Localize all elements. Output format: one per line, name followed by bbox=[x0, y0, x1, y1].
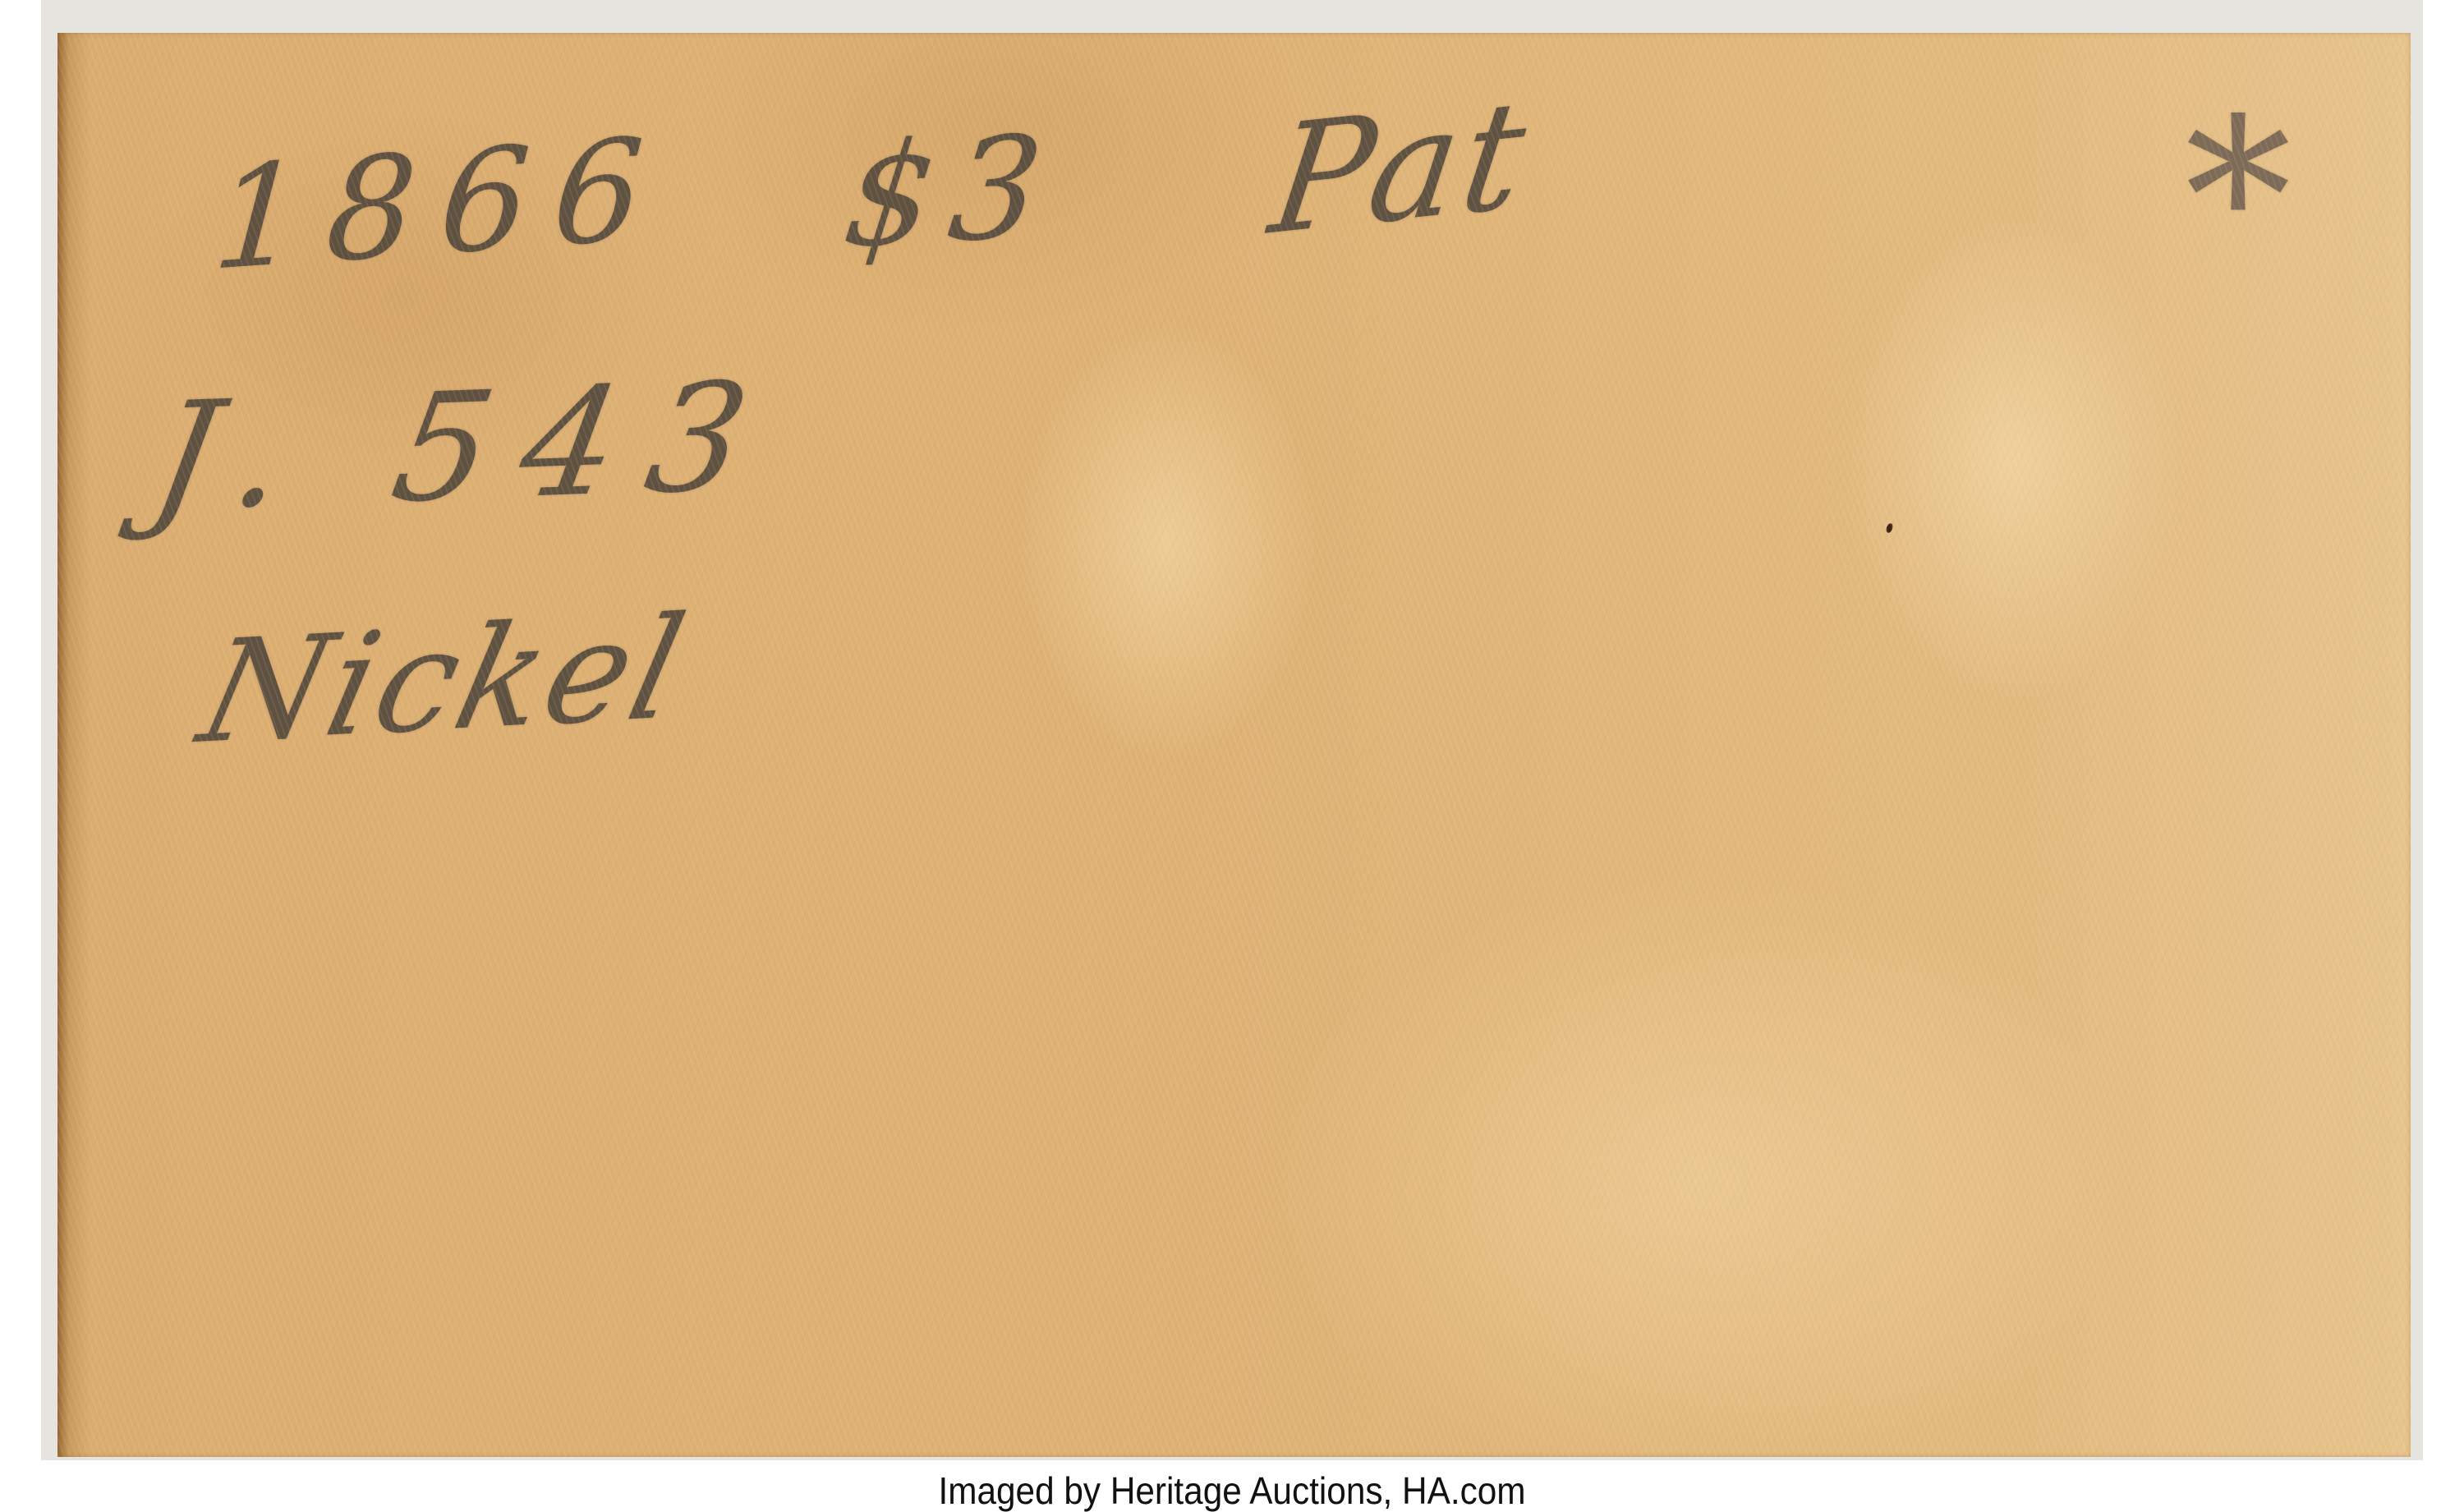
paper-speck bbox=[1885, 522, 1894, 534]
image-credit-caption: Imaged by Heritage Auctions, HA.com bbox=[99, 1468, 2365, 1512]
envelope: 1866 $3 Pat * J. 543 Nickel bbox=[57, 33, 2411, 1457]
asterisk-icon: * bbox=[2185, 74, 2292, 322]
handwritten-year: 1866 bbox=[209, 107, 673, 302]
handwritten-denomination: $3 bbox=[836, 105, 1066, 280]
handwritten-pattern-label: Pat bbox=[1262, 67, 1540, 269]
handwritten-metal: Nickel bbox=[186, 586, 701, 775]
handwritten-judd-number: J. 543 bbox=[141, 350, 793, 545]
